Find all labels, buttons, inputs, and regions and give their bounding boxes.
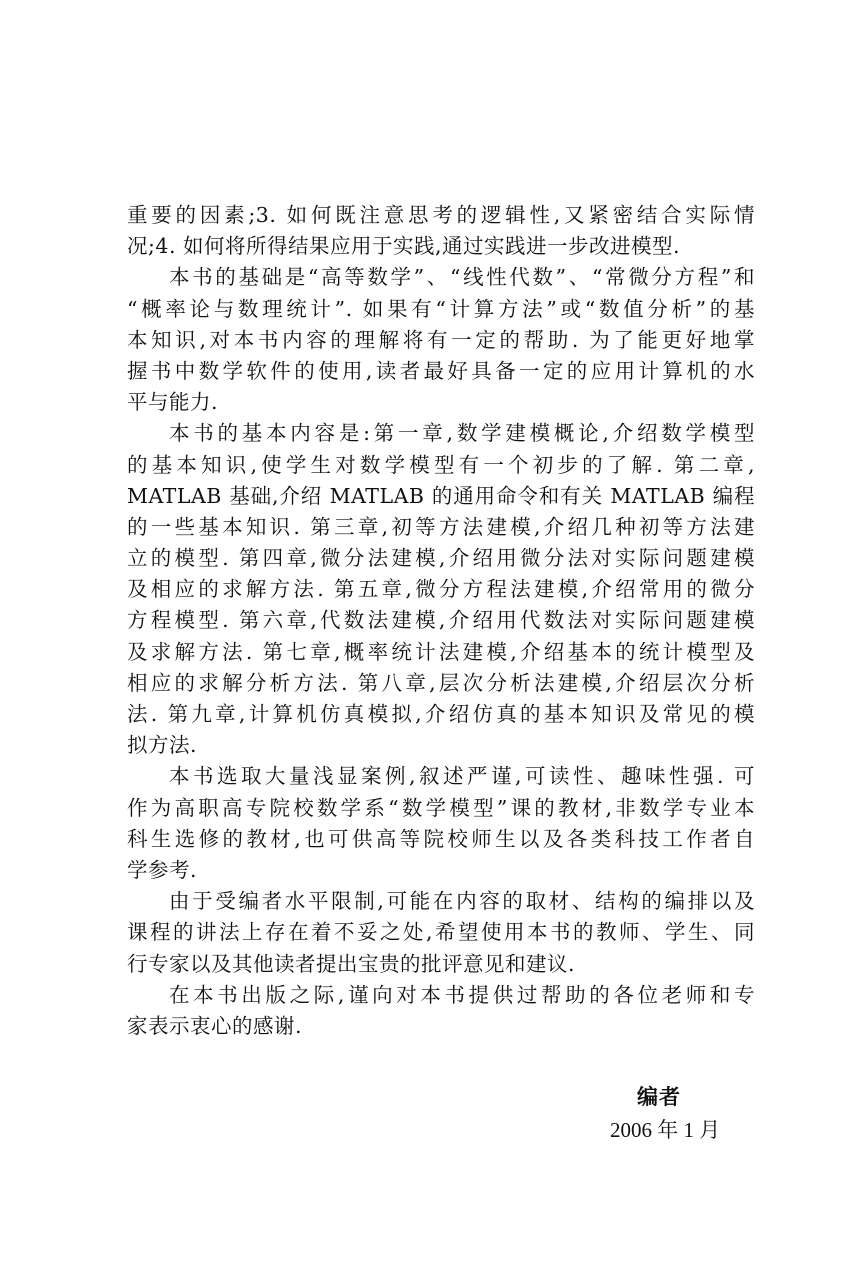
- text-line: 拟方法.: [127, 730, 755, 761]
- preface-body: 重要的因素;3. 如何既注意思考的逻辑性,又紧密结合实际情 况;4. 如何将所得…: [127, 200, 755, 1042]
- text-line: 的基本知识,使学生对数学模型有一个初步的了解. 第二章,: [127, 450, 755, 481]
- text-line: 握书中数学软件的使用,读者最好具备一定的应用计算机的水: [127, 356, 755, 387]
- text-line: 本书的基础是“高等数学”、“线性代数”、“常微分方程”和: [127, 262, 755, 293]
- text-line: 及相应的求解方法. 第五章,微分方程法建模,介绍常用的微分: [127, 574, 755, 605]
- text-line: 课程的讲法上存在着不妥之处,希望使用本书的教师、学生、同: [127, 917, 755, 948]
- text-line: 学参考.: [127, 855, 755, 886]
- text-line: 行专家以及其他读者提出宝贵的批评意见和建议.: [127, 949, 755, 980]
- text-line: 科生选修的教材,也可供高等院校师生以及各类科技工作者自: [127, 824, 755, 855]
- text-line: 及求解方法. 第七章,概率统计法建模,介绍基本的统计模型及: [127, 637, 755, 668]
- text-line: 本书的基本内容是:第一章,数学建模概论,介绍数学模型: [127, 418, 755, 449]
- text-line: 作为高职高专院校数学系“数学模型”课的教材,非数学专业本: [127, 793, 755, 824]
- signature-author: 编者: [637, 1081, 681, 1111]
- text-line: 本书选取大量浅显案例,叙述严谨,可读性、趣味性强. 可: [127, 761, 755, 792]
- text-line: 平与能力.: [127, 387, 755, 418]
- text-line: 重要的因素;3. 如何既注意思考的逻辑性,又紧密结合实际情: [127, 200, 755, 231]
- paragraph: 重要的因素;3. 如何既注意思考的逻辑性,又紧密结合实际情 况;4. 如何将所得…: [127, 200, 755, 262]
- paragraph: 本书选取大量浅显案例,叙述严谨,可读性、趣味性强. 可 作为高职高专院校数学系“…: [127, 761, 755, 886]
- text-line: 家表示衷心的感谢.: [127, 1011, 755, 1042]
- paragraph: 本书的基础是“高等数学”、“线性代数”、“常微分方程”和 “概率论与数理统计”.…: [127, 262, 755, 418]
- paragraph: 本书的基本内容是:第一章,数学建模概论,介绍数学模型 的基本知识,使学生对数学模…: [127, 418, 755, 761]
- text-line: 况;4. 如何将所得结果应用于实践,通过实践进一步改进模型.: [127, 231, 755, 262]
- text-line: 由于受编者水平限制,可能在内容的取材、结构的编排以及: [127, 886, 755, 917]
- paragraph: 在本书出版之际,谨向对本书提供过帮助的各位老师和专 家表示衷心的感谢.: [127, 980, 755, 1042]
- text-line: 的一些基本知识. 第三章,初等方法建模,介绍几种初等方法建: [127, 512, 755, 543]
- text-line: “概率论与数理统计”. 如果有“计算方法”或“数值分析”的基: [127, 294, 755, 325]
- text-line: 在本书出版之际,谨向对本书提供过帮助的各位老师和专: [127, 980, 755, 1011]
- text-line: 相应的求解分析方法. 第八章,层次分析法建模,介绍层次分析: [127, 668, 755, 699]
- text-line: 法. 第九章,计算机仿真模拟,介绍仿真的基本知识及常见的模: [127, 699, 755, 730]
- text-line: 立的模型. 第四章,微分法建模,介绍用微分法对实际问题建模: [127, 543, 755, 574]
- text-line: MATLAB 基础,介绍 MATLAB 的通用命令和有关 MATLAB 编程: [127, 481, 755, 512]
- text-line: 本知识,对本书内容的理解将有一定的帮助. 为了能更好地掌: [127, 325, 755, 356]
- signature-date: 2006 年 1 月: [610, 1114, 720, 1144]
- text-line: 方程模型. 第六章,代数法建模,介绍用代数法对实际问题建模: [127, 605, 755, 636]
- paragraph: 由于受编者水平限制,可能在内容的取材、结构的编排以及 课程的讲法上存在着不妥之处…: [127, 886, 755, 980]
